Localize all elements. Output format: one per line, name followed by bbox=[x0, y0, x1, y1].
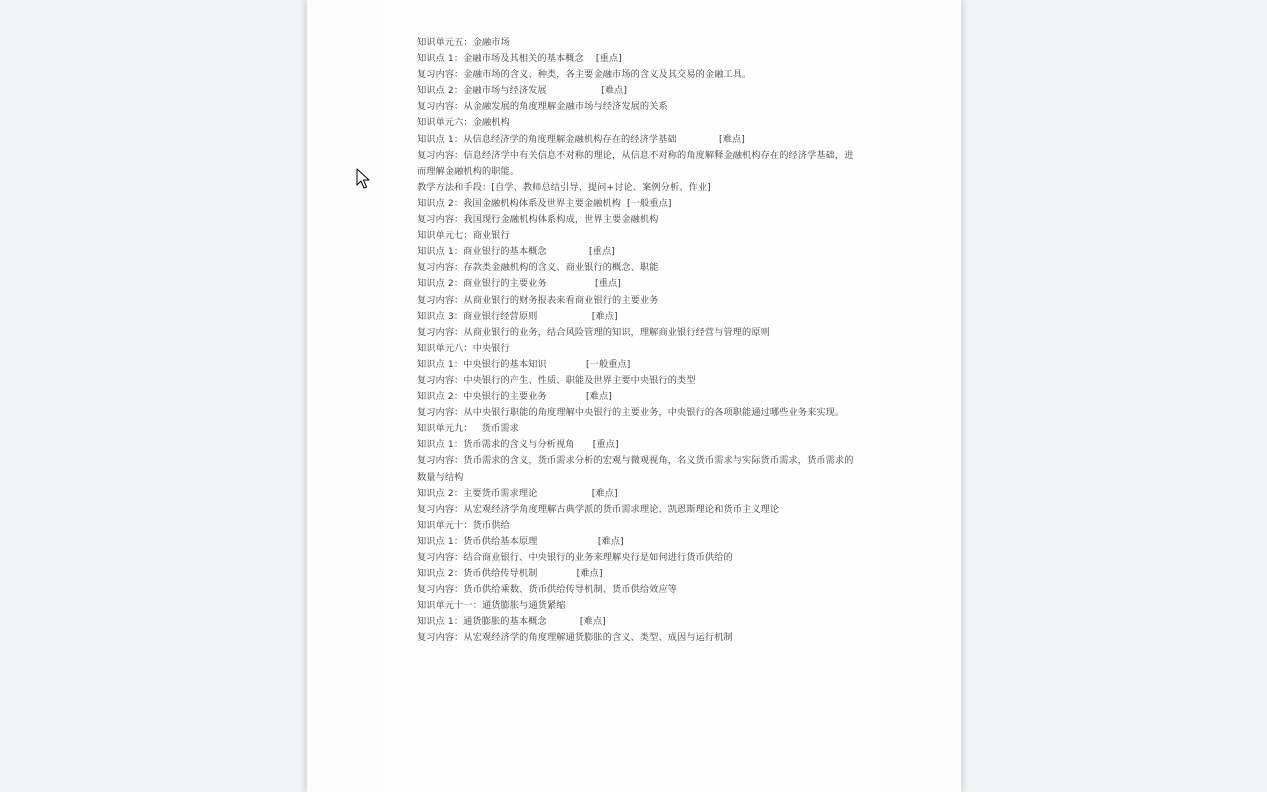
review-content: 复习内容：中央银行的产生、性质、职能及世界主要中央银行的类型 bbox=[417, 373, 867, 389]
review-content: 复习内容：货币供给乘数、货币供给传导机制、货币供给效应等 bbox=[417, 582, 867, 598]
unit-heading: 知识单元七：商业银行 bbox=[417, 228, 867, 244]
document-page: 知识单元五：金融市场 知识点 1：金融市场及其相关的基本概念 [重点] 复习内容… bbox=[307, 0, 961, 792]
knowledge-point: 知识点 3：商业银行经营原则 [难点] bbox=[417, 309, 867, 325]
review-content: 复习内容：货币需求的含义，货币需求分析的宏观与微观视角，名义货币需求与实际货币需… bbox=[417, 453, 857, 485]
review-content: 复习内容：金融市场的含义、种类，各主要金融市场的含义及其交易的金融工具。 bbox=[417, 67, 867, 83]
review-content: 复习内容：从金融发展的角度理解金融市场与经济发展的关系 bbox=[417, 99, 867, 115]
arrow-cursor-icon bbox=[356, 168, 370, 190]
review-content: 复习内容：我国现行金融机构体系构成，世界主要金融机构 bbox=[417, 212, 867, 228]
knowledge-point: 知识点 2：商业银行的主要业务 [重点] bbox=[417, 276, 867, 292]
review-content: 复习内容：从宏观经济学角度理解古典学派的货币需求理论、凯恩斯理论和货币主义理论 bbox=[417, 502, 867, 518]
review-content: 复习内容：结合商业银行、中央银行的业务来理解央行是如何进行货币供给的 bbox=[417, 550, 867, 566]
knowledge-point: 知识点 1：货币供给基本原理 [难点] bbox=[417, 534, 867, 550]
review-content: 复习内容：从商业银行的财务报表来看商业银行的主要业务 bbox=[417, 293, 867, 309]
knowledge-point: 知识点 2：中央银行的主要业务 [难点] bbox=[417, 389, 867, 405]
knowledge-point: 知识点 1：中央银行的基本知识 [一般重点] bbox=[417, 357, 867, 373]
unit-heading: 知识单元五：金融市场 bbox=[417, 35, 867, 51]
unit-heading: 知识单元十一：通货膨胀与通货紧缩 bbox=[417, 598, 867, 614]
review-content: 复习内容：信息经济学中有关信息不对称的理论，从信息不对称的角度解释金融机构存在的… bbox=[417, 148, 857, 180]
review-content: 复习内容：从商业银行的业务，结合风险管理的知识，理解商业银行经营与管理的原则 bbox=[417, 325, 867, 341]
unit-heading: 知识单元八：中央银行 bbox=[417, 341, 867, 357]
knowledge-point: 知识点 2：货币供给传导机制 [难点] bbox=[417, 566, 867, 582]
knowledge-point: 知识点 2：我国金融机构体系及世界主要金融机构 [一般重点] bbox=[417, 196, 867, 212]
unit-heading: 知识单元十：货币供给 bbox=[417, 518, 867, 534]
teaching-methods: 教学方法和手段：[自学、教师总结引导、提问+讨论、案例分析、作业] bbox=[417, 180, 867, 196]
knowledge-point: 知识点 1：货币需求的含义与分析视角 [重点] bbox=[417, 437, 867, 453]
knowledge-point: 知识点 1：从信息经济学的角度理解金融机构存在的经济学基础 [难点] bbox=[417, 132, 867, 148]
knowledge-point: 知识点 2：主要货币需求理论 [难点] bbox=[417, 486, 867, 502]
document-viewer[interactable]: 知识单元五：金融市场 知识点 1：金融市场及其相关的基本概念 [重点] 复习内容… bbox=[0, 0, 1267, 792]
knowledge-point: 知识点 1：通货膨胀的基本概念 [难点] bbox=[417, 614, 867, 630]
review-content: 复习内容：从宏观经济学的角度理解通货膨胀的含义、类型、成因与运行机制 bbox=[417, 630, 867, 646]
review-content: 复习内容：从中央银行职能的角度理解中央银行的主要业务，中央银行的各项职能通过哪些… bbox=[417, 405, 867, 421]
knowledge-point: 知识点 1：金融市场及其相关的基本概念 [重点] bbox=[417, 51, 867, 67]
page-text: 知识单元五：金融市场 知识点 1：金融市场及其相关的基本概念 [重点] 复习内容… bbox=[417, 35, 867, 647]
unit-heading: 知识单元九： 货币需求 bbox=[417, 421, 867, 437]
knowledge-point: 知识点 2：金融市场与经济发展 [难点] bbox=[417, 83, 867, 99]
unit-heading: 知识单元六：金融机构 bbox=[417, 115, 867, 131]
review-content: 复习内容：存款类金融机构的含义、商业银行的概念、职能 bbox=[417, 260, 867, 276]
knowledge-point: 知识点 1：商业银行的基本概念 [重点] bbox=[417, 244, 867, 260]
